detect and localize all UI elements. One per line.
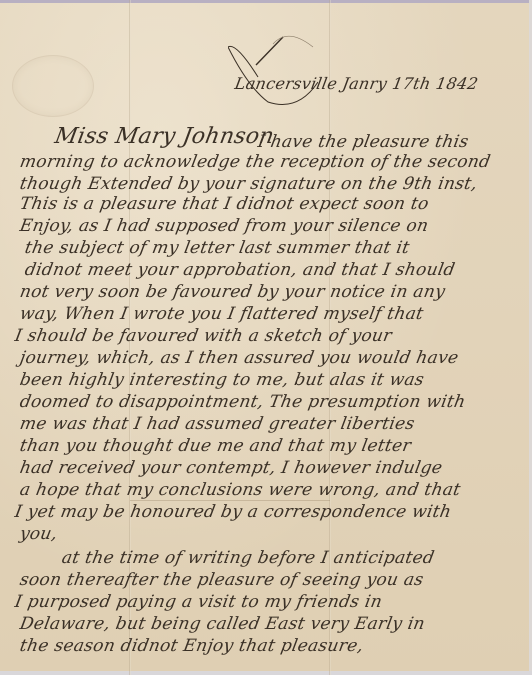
letter-line: Enjoy, as I had supposed from your silen… [18, 216, 430, 236]
letter-line: been highly interesting to me, but alas … [18, 370, 425, 390]
paper-top-edge [0, 0, 532, 3]
letter-line: This is a pleasure that I didnot expect … [18, 194, 430, 214]
salutation: Miss Mary Johnson [53, 124, 276, 149]
letter-line: morning to acknowledge the reception of … [18, 152, 492, 172]
letter-line: a hope that my conclusions were wrong, a… [18, 480, 462, 500]
letter-line: journey, which, as I then assured you wo… [18, 348, 460, 368]
letter-line: way, When I wrote you I flattered myself… [18, 304, 425, 324]
embossed-seal-icon [12, 55, 94, 117]
letter-line: didnot meet your approbation, and that I… [23, 260, 456, 280]
letter-line: than you thought due me and that my lett… [18, 436, 412, 456]
paper-bottom-edge [0, 671, 532, 675]
letter-line: you, [18, 524, 59, 544]
letter-line: I purposed paying a visit to my friends … [13, 592, 384, 612]
letter-line: at the time of writing before I anticipa… [60, 548, 436, 568]
letter-line: me was that I had assumed greater libert… [18, 414, 416, 434]
letter-line: had received your contempt, I however in… [18, 458, 444, 478]
flourish-capital-l-icon [228, 32, 318, 107]
letter-line: the subject of my letter last summer tha… [23, 238, 411, 258]
letter-line: doomed to disappointment, The presumptio… [18, 392, 467, 412]
letter-line: the season didnot Enjoy that pleasure, [18, 636, 365, 656]
letter-line: soon thereafter the pleasure of seeing y… [18, 570, 425, 590]
letter-line: I should be favoured with a sketch of yo… [13, 326, 393, 346]
letter-line: I have the pleasure this [256, 132, 470, 152]
fold-line-horizontal [130, 500, 330, 501]
place-date: Lancersville Janry 17th 1842 [233, 74, 479, 93]
letter-line: though Extended by your signature on the… [18, 174, 479, 194]
letter-line: Delaware, but being called East very Ear… [18, 614, 426, 634]
letter-page: Lancersville Janry 17th 1842 Miss Mary J… [0, 0, 532, 675]
letter-line: I yet may be honoured by a correspondenc… [13, 502, 453, 522]
letter-line: not very soon be favoured by your notice… [18, 282, 447, 302]
